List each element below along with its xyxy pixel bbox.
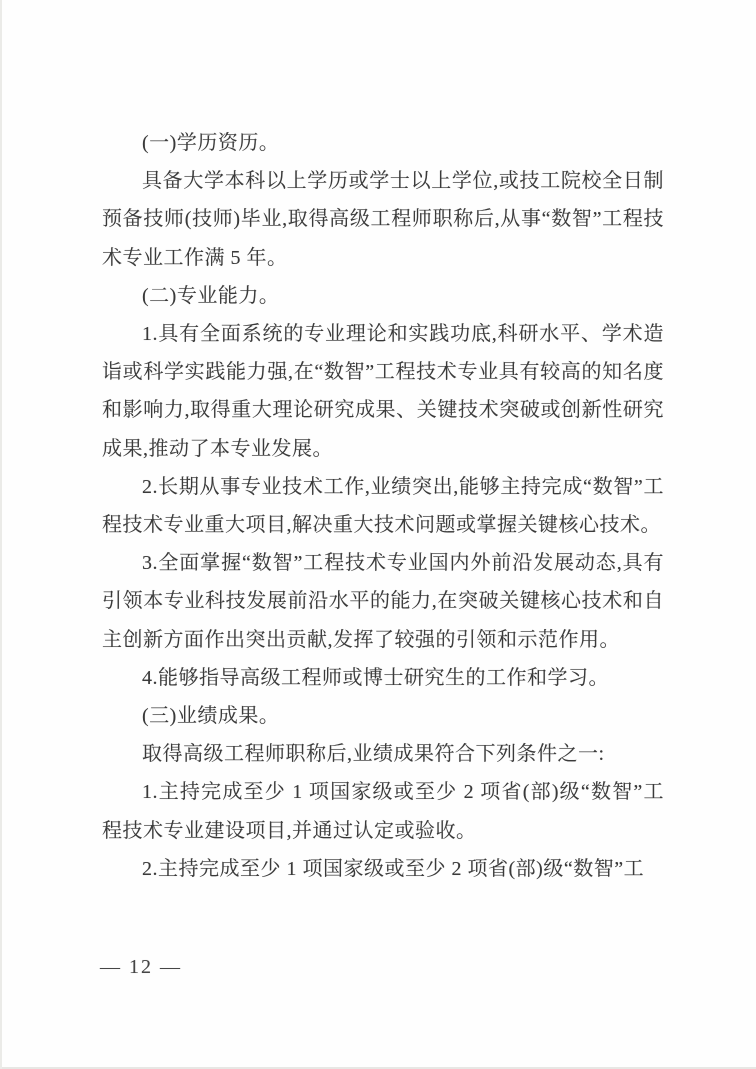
- page-number: — 12 —: [100, 956, 182, 979]
- paragraph-ability-item-3: 3.全面掌握“数智”工程技术专业国内外前沿发展动态,具有引领本专业科技发展前沿水…: [102, 544, 664, 659]
- section-heading-achievements: (三)业绩成果。: [102, 697, 664, 735]
- paragraph-ability-item-1: 1.具有全面系统的专业理论和实践功底,科研水平、学术造诣或科学实践能力强,在“数…: [102, 315, 664, 468]
- paragraph-achievements-item-1: 1.主持完成至少 1 项国家级或至少 2 项省(部)级“数智”工程技术专业建设项…: [102, 773, 664, 849]
- section-heading-education: (一)学历资历。: [102, 124, 664, 162]
- section-heading-ability: (二)专业能力。: [102, 277, 664, 315]
- paragraph-ability-item-4: 4.能够指导高级工程师或博士研究生的工作和学习。: [102, 659, 664, 697]
- paragraph-achievements-intro: 取得高级工程师职称后,业绩成果符合下列条件之一:: [102, 735, 664, 773]
- scanned-document-page: (一)学历资历。 具备大学本科以上学历或学士以上学位,或技工院校全日制预备技师(…: [0, 0, 756, 1069]
- paragraph-achievements-item-2: 2.主持完成至少 1 项国家级或至少 2 项省(部)级“数智”工: [102, 850, 664, 888]
- document-body: (一)学历资历。 具备大学本科以上学历或学士以上学位,或技工院校全日制预备技师(…: [102, 124, 664, 888]
- paragraph-education-detail: 具备大学本科以上学历或学士以上学位,或技工院校全日制预备技师(技师)毕业,取得高…: [102, 162, 664, 277]
- paragraph-ability-item-2: 2.长期从事专业技术工作,业绩突出,能够主持完成“数智”工程技术专业重大项目,解…: [102, 468, 664, 544]
